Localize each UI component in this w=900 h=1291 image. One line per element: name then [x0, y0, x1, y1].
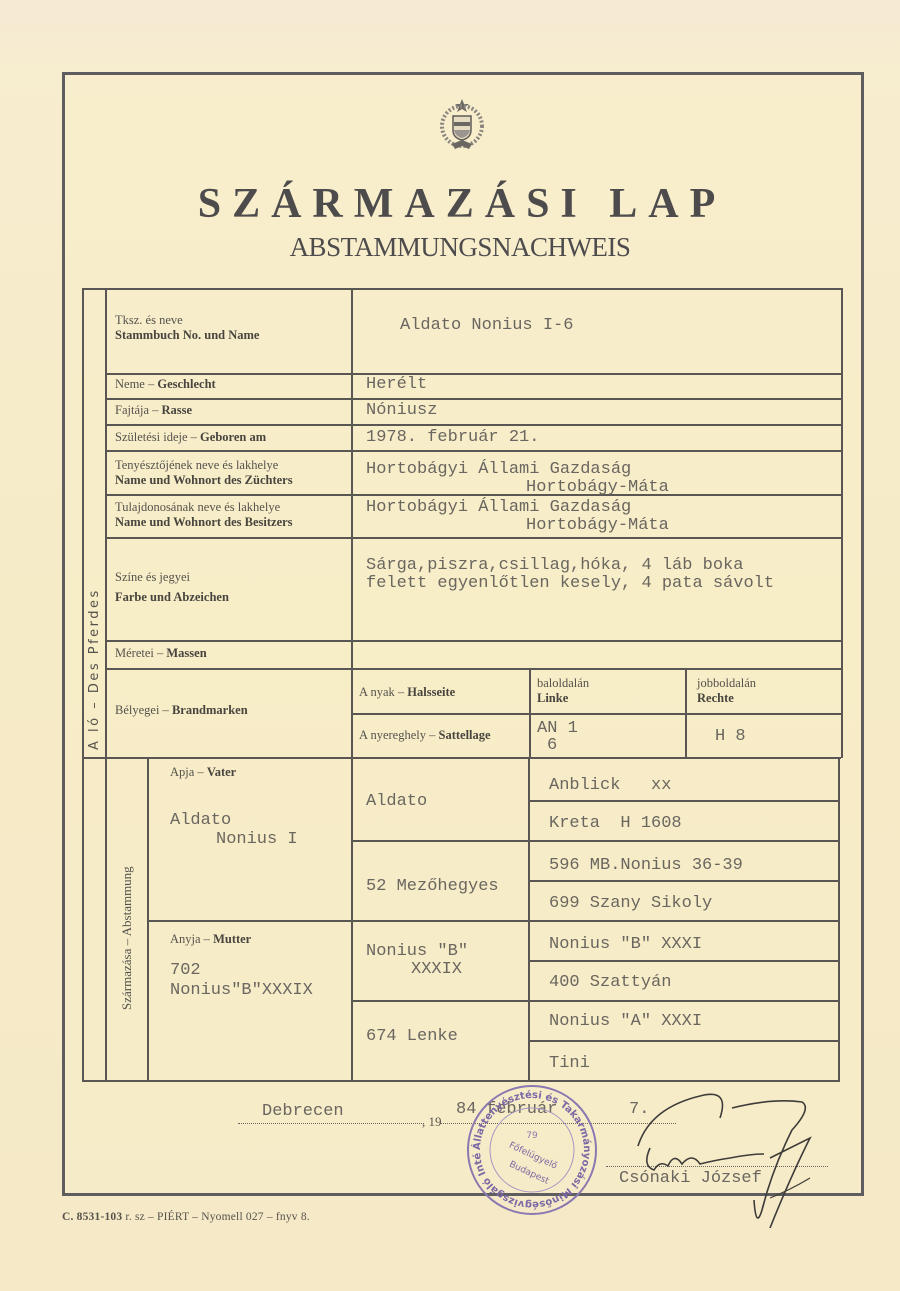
value-great-grandparent: 699 Szany Sikoly [549, 895, 712, 912]
value-column-divider [351, 288, 353, 1081]
value-great-grandparent: Tini [549, 1055, 590, 1072]
row-divider [351, 840, 838, 842]
brand-label-saddle: A nyereghely – Sattellage [359, 728, 491, 743]
year-prefix: , 19 [422, 1114, 442, 1129]
row-divider [105, 668, 842, 670]
section-label-horse: A ló – Des Pferdes [87, 588, 102, 750]
col-divider [528, 757, 530, 1081]
value-sire-2: Nonius I [216, 831, 298, 848]
section-label-pedigree: Származása – Abstammung [119, 866, 135, 1010]
row-divider [351, 713, 841, 715]
place-dotted-line [238, 1123, 424, 1124]
brand-label-right: jobboldalánRechte [697, 676, 756, 706]
pedigree-label-sire: Apja – Vater [170, 765, 236, 780]
value-owner: Hortobágyi Állami Gazdaság [366, 499, 631, 516]
row-divider [105, 398, 842, 400]
svg-text:79: 79 [526, 1131, 538, 1141]
value-great-grandparent: Kreta H 1608 [549, 815, 682, 832]
field-label-brands: Bélyegei – Brandmarken [115, 703, 248, 718]
table-top-border [82, 288, 842, 290]
value-color-line1: Sárga,piszra,csillag,hóka, 4 láb boka [366, 557, 743, 574]
value-great-grandparent: 400 Szattyán [549, 974, 671, 991]
value-owner-place: Hortobágy-Máta [526, 517, 669, 534]
value-sex: Herélt [366, 376, 427, 393]
row-divider [528, 960, 838, 962]
value-paternal-granddam: 52 Mezőhegyes [366, 878, 499, 895]
value-paternal-grandsire: Aldato [366, 793, 427, 810]
row-divider [105, 424, 842, 426]
table-right-border-lower [838, 757, 840, 1081]
row-divider [105, 450, 842, 452]
field-label-sex: Neme – Geschlecht [115, 377, 216, 392]
value-stud-name: Aldato Nonius I-6 [400, 317, 573, 334]
value-great-grandparent: 596 MB.Nonius 36-39 [549, 857, 743, 874]
value-dam-2: Nonius"B"XXXIX [170, 982, 313, 999]
row-divider [105, 537, 842, 539]
value-saddle-left-2: 6 [547, 737, 557, 754]
value-maternal-grandsire-2: XXXIX [411, 961, 462, 978]
coat-of-arms-icon [437, 96, 487, 152]
field-label-measurements: Méretei – Massen [115, 646, 207, 661]
value-maternal-granddam: 674 Lenke [366, 1028, 458, 1045]
brand-label-neck: A nyak – Halsseite [359, 685, 455, 700]
value-maternal-grandsire: Nonius "B" [366, 943, 468, 960]
footer-print-code: C. 8531-103 r. sz – PIÉRT – Nyomell 027 … [62, 1211, 310, 1223]
table-left-border [82, 288, 84, 1081]
value-great-grandparent: Nonius "A" XXXI [549, 1013, 702, 1030]
section-divider [82, 757, 841, 759]
row-divider [105, 640, 842, 642]
field-label-breed: Fajtája – Rasse [115, 403, 192, 418]
issue-place: Debrecen [262, 1103, 344, 1120]
value-sire: Aldato [170, 812, 231, 829]
pedigree-label-dam: Anyja – Mutter [170, 932, 251, 947]
row-divider [528, 880, 838, 882]
field-label-color: Színe és jegyeiFarbe und Abzeichen [115, 567, 229, 607]
col-divider [685, 668, 687, 757]
value-great-grandparent: Nonius "B" XXXI [549, 936, 702, 953]
col-divider [147, 757, 149, 1081]
brand-label-left: baloldalánLinke [537, 676, 589, 706]
value-saddle-left: AN 1 [537, 720, 578, 737]
value-breed: Nóniusz [366, 402, 437, 419]
row-divider [105, 494, 842, 496]
section-column-divider [105, 288, 107, 1081]
value-color-line2: felett egyenlőtlen kesely, 4 pata sávolt [366, 575, 774, 592]
field-label-stud-no: Tksz. és neveStammbuch No. und Name [115, 313, 259, 343]
field-label-breeder: Tenyésztőjének neve és lakhelyeName und … [115, 458, 293, 488]
row-divider [351, 1000, 838, 1002]
signature-icon [620, 1078, 840, 1228]
value-breeder: Hortobágyi Állami Gazdaság [366, 461, 631, 478]
table-right-border [841, 288, 843, 758]
value-birth-date: 1978. február 21. [366, 429, 539, 446]
row-divider [147, 920, 838, 922]
row-divider [105, 373, 842, 375]
document-subtitle: ABSTAMMUNGSNACHWEIS [0, 232, 900, 263]
document-title: SZÁRMAZÁSI LAP [0, 180, 900, 228]
row-divider [528, 800, 838, 802]
field-label-birth-date: Születési ideje – Geboren am [115, 430, 266, 445]
row-divider [528, 1040, 838, 1042]
official-stamp-icon: Állattenyésztési és Takarmányozási Minős… [462, 1083, 602, 1218]
field-label-owner: Tulajdonosának neve és lakhelyeName und … [115, 500, 293, 530]
col-divider [529, 668, 531, 757]
value-dam: 702 [170, 962, 201, 979]
value-saddle-right: H 8 [715, 728, 746, 745]
value-breeder-place: Hortobágy-Máta [526, 479, 669, 496]
value-great-grandparent: Anblick xx [549, 777, 671, 794]
